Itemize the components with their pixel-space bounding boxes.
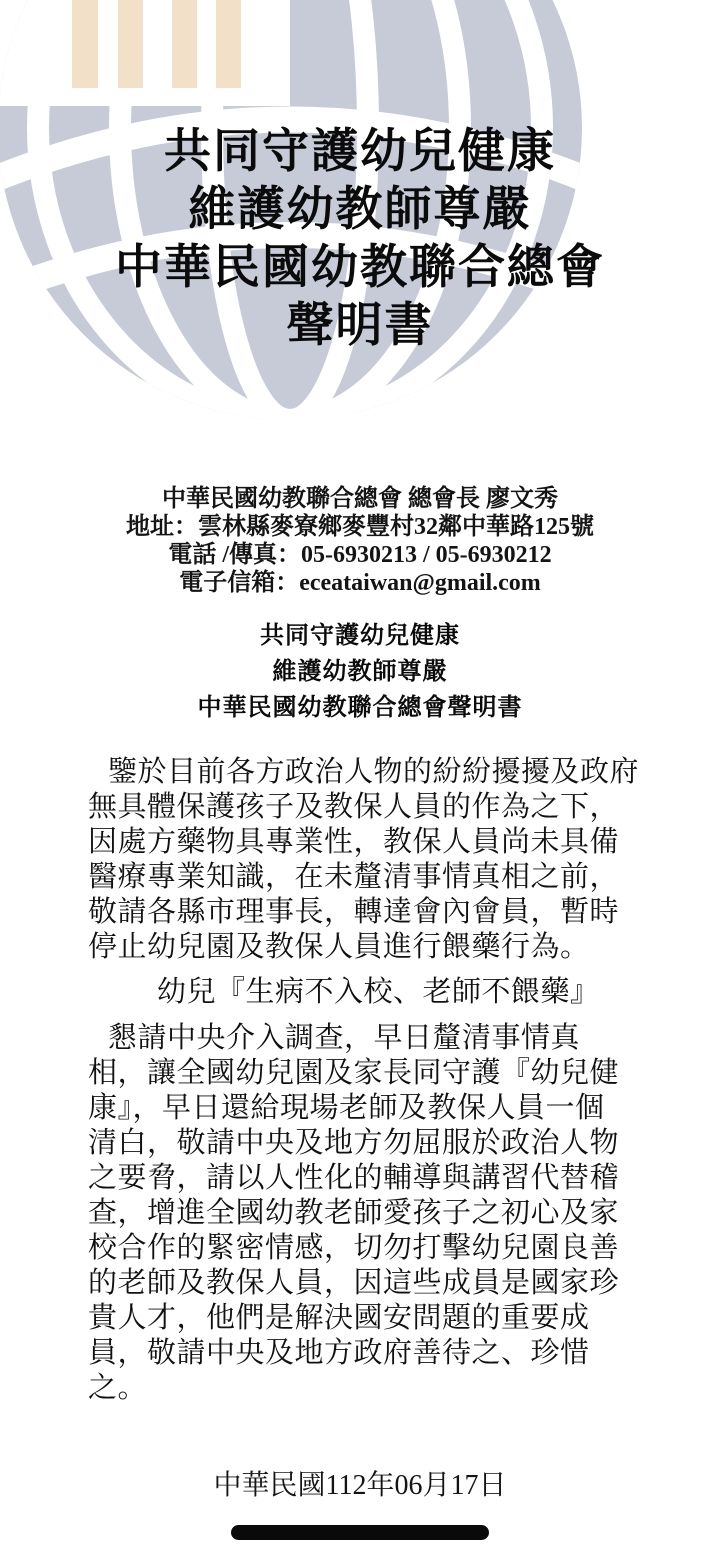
sub-title: 共同守護幼兒健康維護幼教師尊嚴中華民國幼教聯合總會聲明書 xyxy=(0,618,720,726)
home-indicator-bar xyxy=(231,1525,489,1540)
text-line: 共同守護幼兒健康 xyxy=(0,618,720,654)
text-line: 中華民國幼教聯合總會 xyxy=(0,238,720,296)
text-line: 清白，敬請中央及地方勿屈服於政治人物 xyxy=(88,1126,650,1161)
date-line: 中華民國112年06月17日 xyxy=(0,1470,720,1502)
text-line: 電話 /傳真：05-6930213 / 05-6930212 xyxy=(0,541,720,569)
text-line: 的老師及教保人員，因這些成員是國家珍 xyxy=(88,1266,650,1301)
text-line: 查，增進全國幼教老師愛孩子之初心及家 xyxy=(88,1196,650,1231)
text-line: 員，敬請中央及地方政府善待之、珍惜 xyxy=(88,1336,650,1371)
text-line: 鑒於目前各方政治人物的紛紛擾擾及政府 xyxy=(88,755,650,790)
text-line: 停止幼兒園及教保人員進行餵藥行為。 xyxy=(88,930,650,965)
text-line: 地址：雲林縣麥寮鄉麥豐村32鄰中華路125號 xyxy=(0,513,720,541)
text-line: 校合作的緊密情感，切勿打擊幼兒園良善 xyxy=(88,1231,650,1266)
quote-line: 幼兒『生病不入校、老師不餵藥』 xyxy=(88,973,650,1011)
text-line: 聲明書 xyxy=(0,296,720,354)
text-line: 之。 xyxy=(88,1371,650,1406)
text-line: 維護幼教師尊嚴 xyxy=(0,180,720,238)
text-line: 無具體保護孩子及教保人員的作為之下， xyxy=(88,790,650,825)
text-line: 電子信箱：eceataiwan@gmail.com xyxy=(0,569,720,597)
main-title: 共同守護幼兒健康維護幼教師尊嚴中華民國幼教聯合總會聲明書 xyxy=(0,122,720,354)
text-line: 中華民國幼教聯合總會聲明書 xyxy=(0,690,720,726)
text-line: 康』，早日還給現場老師及教保人員一個 xyxy=(88,1091,650,1126)
statement-document: 共同守護幼兒健康維護幼教師尊嚴中華民國幼教聯合總會聲明書 中華民國幼教聯合總會 … xyxy=(0,0,720,1559)
text-line: 相，讓全國幼兒園及家長同守護『幼兒健 xyxy=(88,1056,650,1091)
document-content: 共同守護幼兒健康維護幼教師尊嚴中華民國幼教聯合總會聲明書 中華民國幼教聯合總會 … xyxy=(0,0,720,1540)
text-line: 之要脅，請以人性化的輔導與講習代替稽 xyxy=(88,1161,650,1196)
paragraph-2: 懇請中央介入調查，早日釐清事情真相，讓全國幼兒園及家長同守護『幼兒健康』，早日還… xyxy=(88,1021,650,1406)
text-line: 共同守護幼兒健康 xyxy=(0,122,720,180)
text-line: 維護幼教師尊嚴 xyxy=(0,654,720,690)
text-line: 中華民國幼教聯合總會 總會長 廖文秀 xyxy=(0,485,720,513)
contact-info: 中華民國幼教聯合總會 總會長 廖文秀地址：雲林縣麥寮鄉麥豐村32鄰中華路125號… xyxy=(0,485,720,597)
text-line: 貴人才，他們是解決國安問題的重要成 xyxy=(88,1301,650,1336)
text-line: 因處方藥物具專業性，教保人員尚未具備 xyxy=(88,825,650,860)
paragraph-1: 鑒於目前各方政治人物的紛紛擾擾及政府無具體保護孩子及教保人員的作為之下，因處方藥… xyxy=(88,755,650,965)
text-line: 懇請中央介入調查，早日釐清事情真 xyxy=(88,1021,650,1056)
text-line: 醫療專業知識，在未釐清事情真相之前， xyxy=(88,860,650,895)
statement-body: 鑒於目前各方政治人物的紛紛擾擾及政府無具體保護孩子及教保人員的作為之下，因處方藥… xyxy=(0,755,720,1406)
text-line: 敬請各縣市理事長，轉達會內會員，暫時 xyxy=(88,895,650,930)
